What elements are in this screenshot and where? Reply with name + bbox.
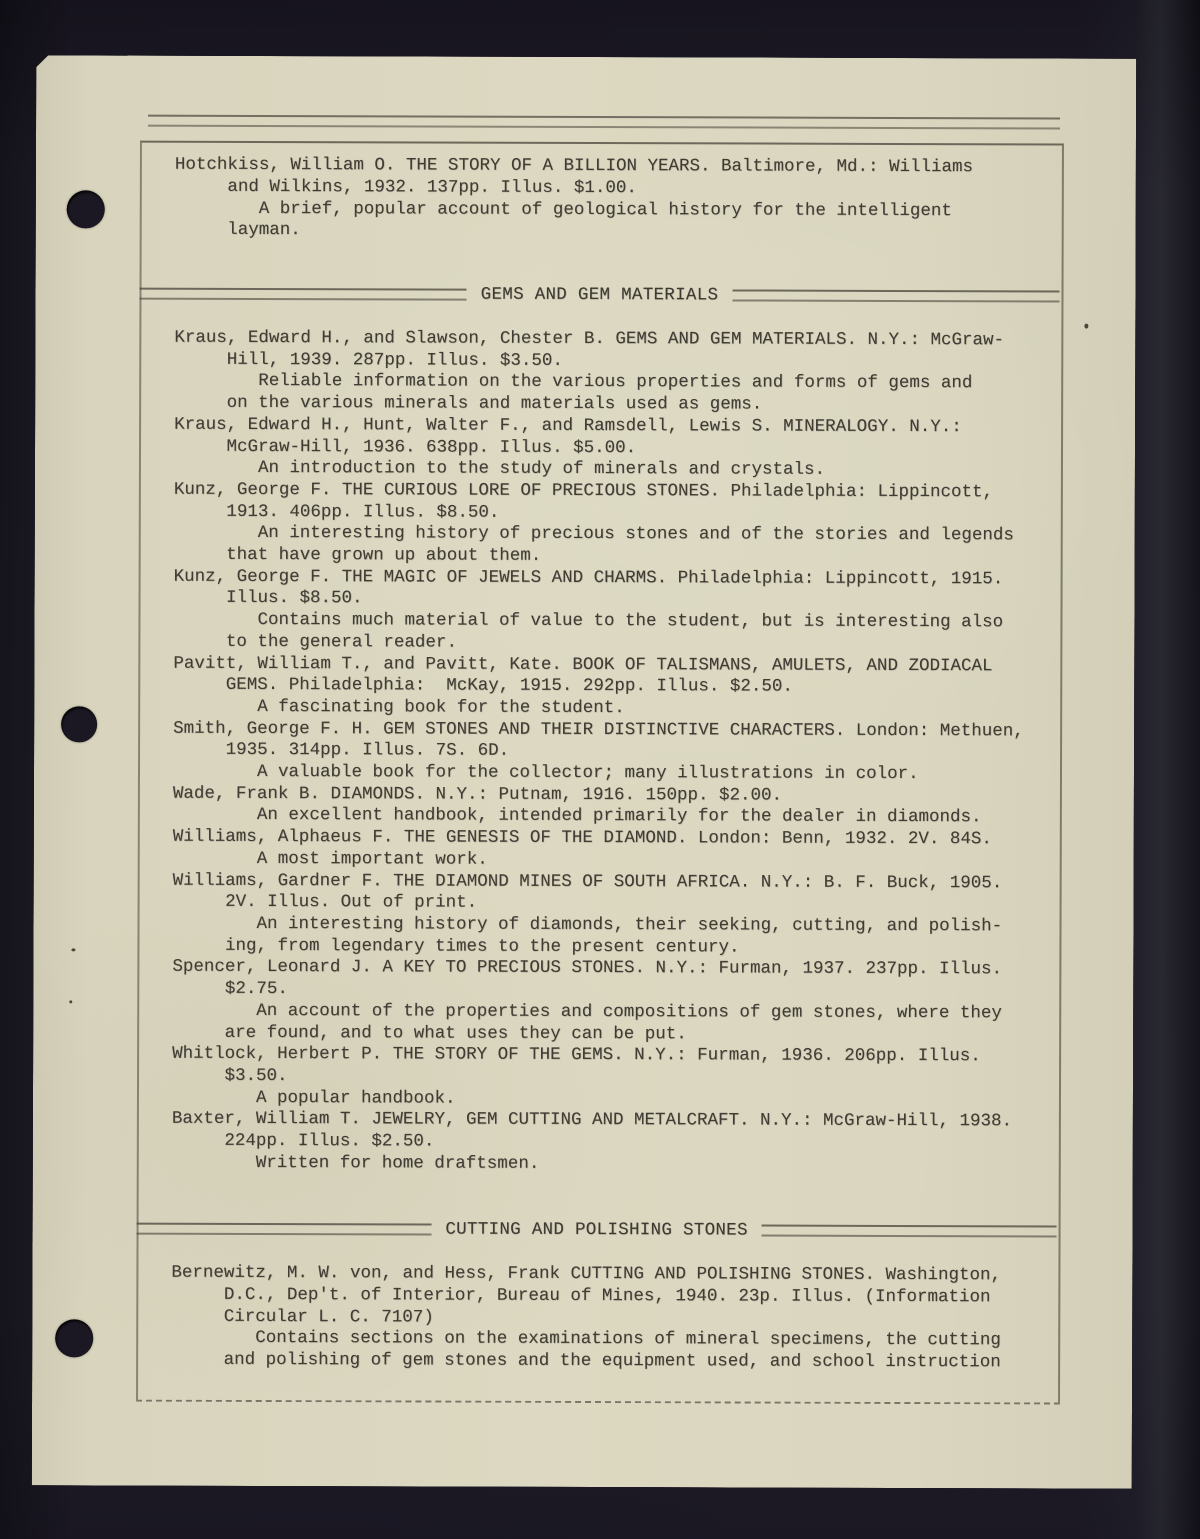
hole-punch — [61, 706, 97, 742]
bib-line: that have grown up about them. — [174, 545, 1054, 569]
bib-line: Contains sections on the examinations of… — [171, 1328, 1051, 1353]
header-rule-right — [762, 1225, 1057, 1238]
bib-line: An interesting history of precious stone… — [174, 523, 1054, 547]
bib-line: Spencer, Leonard J. A KEY TO PRECIOUS ST… — [172, 957, 1052, 981]
bib-line: An excellent handbook, intended primaril… — [173, 805, 1053, 829]
bib-line: D.C., Dep't. of Interior, Bureau of Mine… — [171, 1285, 1051, 1310]
bib-line: Pavitt, William T., and Pavitt, Kate. BO… — [173, 653, 1053, 677]
bib-line: A valuable book for the collector; many … — [173, 762, 1053, 786]
bib-line: Kraus, Edward H., and Slawson, Chester B… — [174, 328, 1054, 352]
bib-line: A popular handbook. — [172, 1087, 1052, 1111]
section-heading: CUTTING AND POLISHING STONES — [445, 1220, 748, 1241]
bib-line: An introduction to the study of minerals… — [174, 458, 1054, 482]
header-rule-left — [137, 1223, 432, 1236]
bibliography-section-intro: Hotchkiss, William O. THE STORY OF A BIL… — [175, 155, 1055, 245]
bib-line: on the various minerals and materials us… — [174, 393, 1054, 417]
ink-speck — [69, 1000, 72, 1003]
bib-line: 224pp. Illus. $2.50. — [172, 1131, 1052, 1155]
header-rule-right — [732, 289, 1059, 302]
bib-line: and Wilkins, 1932. 137pp. Illus. $1.00. — [175, 177, 1055, 202]
bib-line: Kraus, Edward H., Hunt, Walter F., and R… — [174, 415, 1054, 439]
bib-line: Reliable information on the various prop… — [174, 371, 1054, 395]
bib-line: 1935. 314pp. Illus. 7S. 6D. — [173, 740, 1053, 764]
bib-line: Williams, Alphaeus F. THE GENESIS OF THE… — [173, 827, 1053, 851]
scan-background: Hotchkiss, William O. THE STORY OF A BIL… — [0, 0, 1200, 1539]
paper-sheet: Hotchkiss, William O. THE STORY OF A BIL… — [32, 55, 1136, 1488]
bibliography-section-gems: Kraus, Edward H., and Slawson, Chester B… — [172, 328, 1055, 1177]
hole-punch — [67, 190, 105, 228]
top-double-rule — [148, 115, 1060, 130]
bib-line: An account of the properties and composi… — [172, 1001, 1052, 1025]
bib-line: A most important work. — [173, 849, 1053, 873]
bib-line: GEMS. Philadelphia: McKay, 1915. 292pp. … — [173, 675, 1053, 699]
bib-line: 2V. Illus. Out of print. — [173, 892, 1053, 916]
bibliography-section-cutting: Bernewitz, M. W. von, and Hess, Frank CU… — [171, 1263, 1051, 1375]
bib-line: Williams, Gardner F. THE DIAMOND MINES O… — [173, 870, 1053, 894]
ink-speck — [1084, 324, 1088, 329]
ink-speck — [71, 948, 75, 951]
bib-line: $3.50. — [172, 1066, 1052, 1090]
bib-line: to the general reader. — [173, 632, 1053, 656]
scanner-bed-edge — [1136, 0, 1200, 1539]
bib-line: Whitlock, Herbert P. THE STORY OF THE GE… — [172, 1044, 1052, 1068]
header-rule-left — [139, 288, 466, 301]
section-header-cutting: CUTTING AND POLISHING STONES — [137, 1216, 1057, 1245]
hole-punch — [55, 1319, 93, 1357]
bib-line: layman. — [175, 220, 1055, 245]
bib-line: McGraw-Hill, 1936. 638pp. Illus. $5.00. — [174, 436, 1054, 460]
bib-line: Kunz, George F. THE CURIOUS LORE OF PREC… — [174, 480, 1054, 504]
section-heading: GEMS AND GEM MATERIALS — [481, 285, 719, 306]
bib-line: Bernewitz, M. W. von, and Hess, Frank CU… — [171, 1263, 1051, 1288]
bib-line: $2.75. — [172, 979, 1052, 1003]
bib-line: Hotchkiss, William O. THE STORY OF A BIL… — [175, 155, 1055, 180]
bib-line: Contains much material of value to the s… — [173, 610, 1053, 634]
bib-line: are found, and to what uses they can be … — [172, 1022, 1052, 1046]
bib-line: A fascinating book for the student. — [173, 697, 1053, 721]
bib-line: A brief, popular account of geological h… — [175, 198, 1055, 223]
bib-line: An interesting history of diamonds, thei… — [172, 914, 1052, 938]
bib-line: Baxter, William T. JEWELRY, GEM CUTTING … — [172, 1109, 1052, 1133]
bib-line: and polishing of gem stones and the equi… — [171, 1350, 1051, 1375]
section-header-gems: GEMS AND GEM MATERIALS — [139, 281, 1059, 310]
bib-line: Written for home draftsmen. — [172, 1152, 1052, 1176]
bib-line: Illus. $8.50. — [174, 588, 1054, 612]
